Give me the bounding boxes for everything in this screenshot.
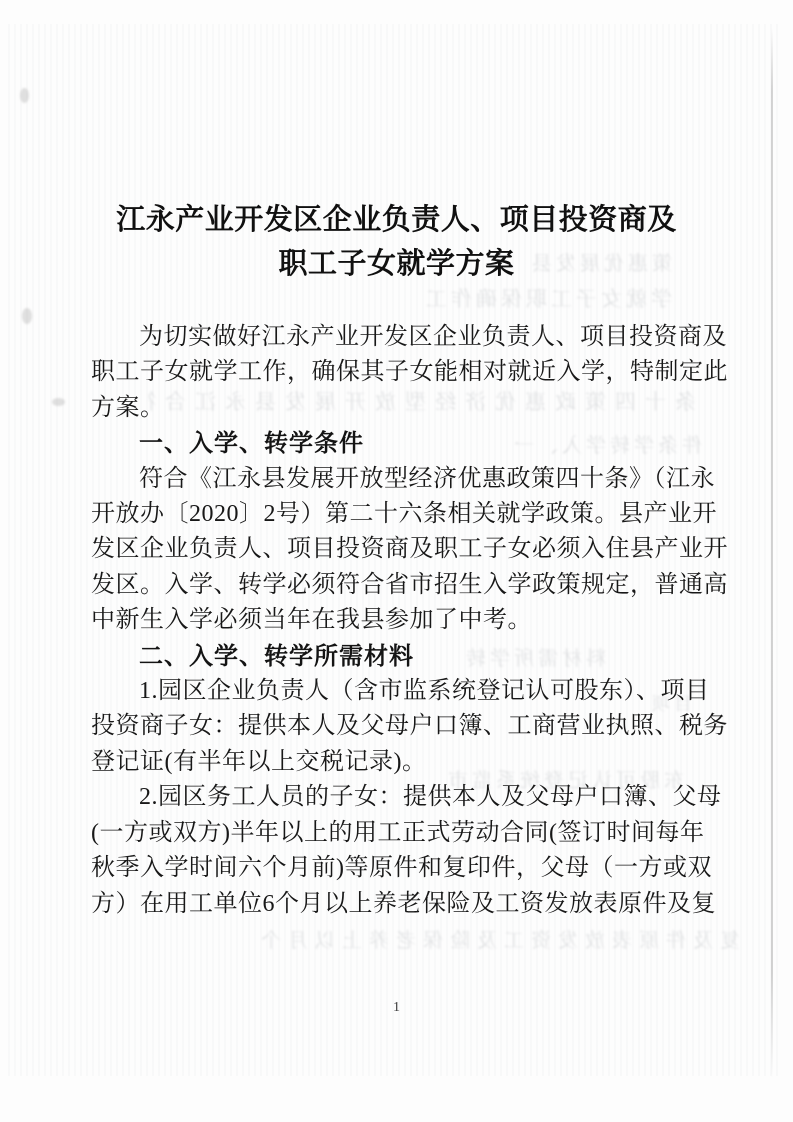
- body-line: 发区。入学、转学必须符合省市招生入学政策规定，普通高: [91, 568, 707, 603]
- scan-speck: [20, 88, 29, 103]
- body-line: 符合《江永县发展开放型经济优惠政策四十条》（江永: [91, 462, 707, 497]
- body-line: 开放办〔2020〕2号）第二十六条相关就学政策。县产业开: [91, 497, 707, 532]
- body-line: 投资商子女：提供本人及父母户口簿、工商营业执照、税务: [91, 709, 707, 744]
- document-page: 策惠优展发县 学就女子工职保确作工 条十四策政惠优济经型放开展发县永江合符 件条…: [0, 0, 793, 1122]
- body-line: 1.园区企业负责人（含市监系统登记认可股东）、项目: [91, 674, 707, 709]
- section-heading-1: 一、入学、转学条件: [91, 426, 707, 461]
- bleed-through-text: 复及件原表放发资工及险保老养上以月个: [134, 924, 740, 953]
- document-title: 江永产业开发区企业负责人、项目投资商及 职工子女就学方案: [0, 198, 793, 286]
- scan-speck: [22, 308, 32, 324]
- bleed-through-text: 学就女子工职保确作工: [426, 283, 672, 313]
- scan-speck: [52, 398, 65, 406]
- document-body: 为切实做好江永产业开发区企业负责人、项目投资商及 职工子女就学工作，确保其子女能…: [91, 320, 707, 922]
- body-line: 秋季入学时间六个月前)等原件和复印件，父母（一方或双: [91, 851, 707, 886]
- body-line: 发区企业负责人、项目投资商及职工子女必须入住县产业开: [91, 532, 707, 567]
- body-line: (一方或双方)半年以上的用工正式劳动合同(签订时间每年: [91, 816, 707, 851]
- body-line: 2.园区务工人员的子女：提供本人及父母户口簿、父母: [91, 780, 707, 815]
- page-number: 1: [0, 1000, 793, 1016]
- scan-edge-line: [771, 28, 773, 1078]
- title-line-1: 江永产业开发区企业负责人、项目投资商及: [0, 198, 793, 242]
- body-line: 职工子女就学工作，确保其子女能相对就近入学，特制定此: [91, 355, 707, 390]
- body-line: 登记证(有半年以上交税记录)。: [91, 745, 707, 780]
- body-line: 为切实做好江永产业开发区企业负责人、项目投资商及: [91, 320, 707, 355]
- body-line: 方）在用工单位6个月以上养老保险及工资发放表原件及复: [91, 887, 707, 922]
- body-line: 中新生入学必须当年在我县参加了中考。: [91, 603, 707, 638]
- section-heading-2: 二、入学、转学所需材料: [91, 639, 707, 674]
- title-line-2: 职工子女就学方案: [0, 242, 793, 286]
- body-line: 方案。: [91, 391, 707, 426]
